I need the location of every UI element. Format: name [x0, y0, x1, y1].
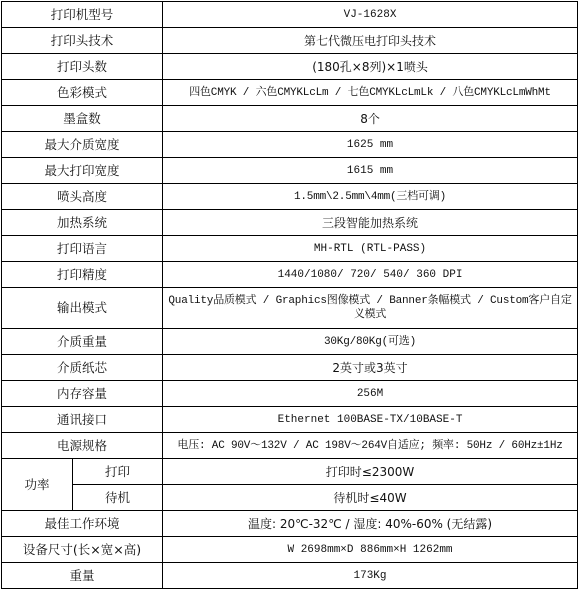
spec-label: 电源规格: [2, 433, 163, 459]
printer-spec-table: 打印机型号 VJ-1628X 打印头技术 第七代微压电打印头技术 打印头数 (1…: [1, 1, 578, 589]
spec-label: 打印精度: [2, 262, 163, 288]
spec-value: Quality品质模式 / Graphics图像模式 / Banner条幅模式 …: [163, 288, 578, 329]
spec-label: 输出模式: [2, 288, 163, 329]
spec-value: Ethernet 100BASE-TX/10BASE-T: [163, 407, 578, 433]
spec-row-color-mode: 色彩模式 四色CMYK / 六色CMYKLcLm / 七色CMYKLcLmLk …: [2, 80, 578, 106]
spec-label: 介质重量: [2, 329, 163, 355]
spec-label: 打印头技术: [2, 28, 163, 54]
spec-value: 1.5mm\2.5mm\4mm(三档可调): [163, 184, 578, 210]
spec-label: 色彩模式: [2, 80, 163, 106]
spec-row-power-print: 功率 打印 打印时≤2300W: [2, 459, 578, 485]
spec-label: 最大打印宽度: [2, 158, 163, 184]
spec-row-heating: 加热系统 三段智能加热系统: [2, 210, 578, 236]
spec-label: 内存容量: [2, 381, 163, 407]
spec-row-output-mode: 输出模式 Quality品质模式 / Graphics图像模式 / Banner…: [2, 288, 578, 329]
spec-value: 8个: [163, 106, 578, 132]
spec-label: 最大介质宽度: [2, 132, 163, 158]
spec-row-model: 打印机型号 VJ-1628X: [2, 2, 578, 28]
spec-value: 温度: 20℃-32℃ / 湿度: 40%-60% (无结露): [163, 511, 578, 537]
spec-value: 打印时≤2300W: [163, 459, 578, 485]
spec-label: 打印头数: [2, 54, 163, 80]
spec-label-power: 功率: [2, 459, 73, 511]
spec-row-memory: 内存容量 256M: [2, 381, 578, 407]
spec-value: 第七代微压电打印头技术: [163, 28, 578, 54]
spec-row-media-core: 介质纸芯 2英寸或3英寸: [2, 355, 578, 381]
spec-value: W 2698mm×D 886mm×H 1262mm: [163, 537, 578, 563]
spec-row-resolution: 打印精度 1440/1080/ 720/ 540/ 360 DPI: [2, 262, 578, 288]
spec-label: 重量: [2, 563, 163, 589]
spec-value: 1615 mm: [163, 158, 578, 184]
spec-row-head-height: 喷头高度 1.5mm\2.5mm\4mm(三档可调): [2, 184, 578, 210]
spec-row-power-supply: 电源规格 电压: AC 90V～132V / AC 198V～264V自适应; …: [2, 433, 578, 459]
spec-row-environment: 最佳工作环境 温度: 20℃-32℃ / 湿度: 40%-60% (无结露): [2, 511, 578, 537]
spec-value: 2英寸或3英寸: [163, 355, 578, 381]
spec-value: 1440/1080/ 720/ 540/ 360 DPI: [163, 262, 578, 288]
spec-label: 最佳工作环境: [2, 511, 163, 537]
spec-value: 256M: [163, 381, 578, 407]
spec-value: 173Kg: [163, 563, 578, 589]
spec-label: 介质纸芯: [2, 355, 163, 381]
spec-row-media-weight: 介质重量 30Kg/80Kg(可选): [2, 329, 578, 355]
spec-row-head-tech: 打印头技术 第七代微压电打印头技术: [2, 28, 578, 54]
spec-row-max-print-width: 最大打印宽度 1615 mm: [2, 158, 578, 184]
spec-row-max-media-width: 最大介质宽度 1625 mm: [2, 132, 578, 158]
spec-value: 电压: AC 90V～132V / AC 198V～264V自适应; 频率: 5…: [163, 433, 578, 459]
spec-value: 四色CMYK / 六色CMYKLcLm / 七色CMYKLcLmLk / 八色C…: [163, 80, 578, 106]
spec-row-power-standby: 待机 待机时≤40W: [2, 485, 578, 511]
spec-label: 通讯接口: [2, 407, 163, 433]
spec-label: 打印机型号: [2, 2, 163, 28]
spec-value: (180孔×8列)×1喷头: [163, 54, 578, 80]
spec-label: 打印语言: [2, 236, 163, 262]
spec-row-weight: 重量 173Kg: [2, 563, 578, 589]
spec-sublabel: 待机: [73, 485, 163, 511]
spec-sublabel: 打印: [73, 459, 163, 485]
spec-row-interface: 通讯接口 Ethernet 100BASE-TX/10BASE-T: [2, 407, 578, 433]
spec-value: 三段智能加热系统: [163, 210, 578, 236]
spec-value: VJ-1628X: [163, 2, 578, 28]
spec-row-cartridges: 墨盒数 8个: [2, 106, 578, 132]
spec-row-dimensions: 设备尺寸(长×宽×高) W 2698mm×D 886mm×H 1262mm: [2, 537, 578, 563]
spec-label: 喷头高度: [2, 184, 163, 210]
spec-row-print-language: 打印语言 MH-RTL (RTL-PASS): [2, 236, 578, 262]
spec-row-head-count: 打印头数 (180孔×8列)×1喷头: [2, 54, 578, 80]
spec-value: 待机时≤40W: [163, 485, 578, 511]
spec-label: 加热系统: [2, 210, 163, 236]
spec-label: 墨盒数: [2, 106, 163, 132]
spec-value: 30Kg/80Kg(可选): [163, 329, 578, 355]
spec-value: 1625 mm: [163, 132, 578, 158]
spec-label: 设备尺寸(长×宽×高): [2, 537, 163, 563]
spec-value: MH-RTL (RTL-PASS): [163, 236, 578, 262]
